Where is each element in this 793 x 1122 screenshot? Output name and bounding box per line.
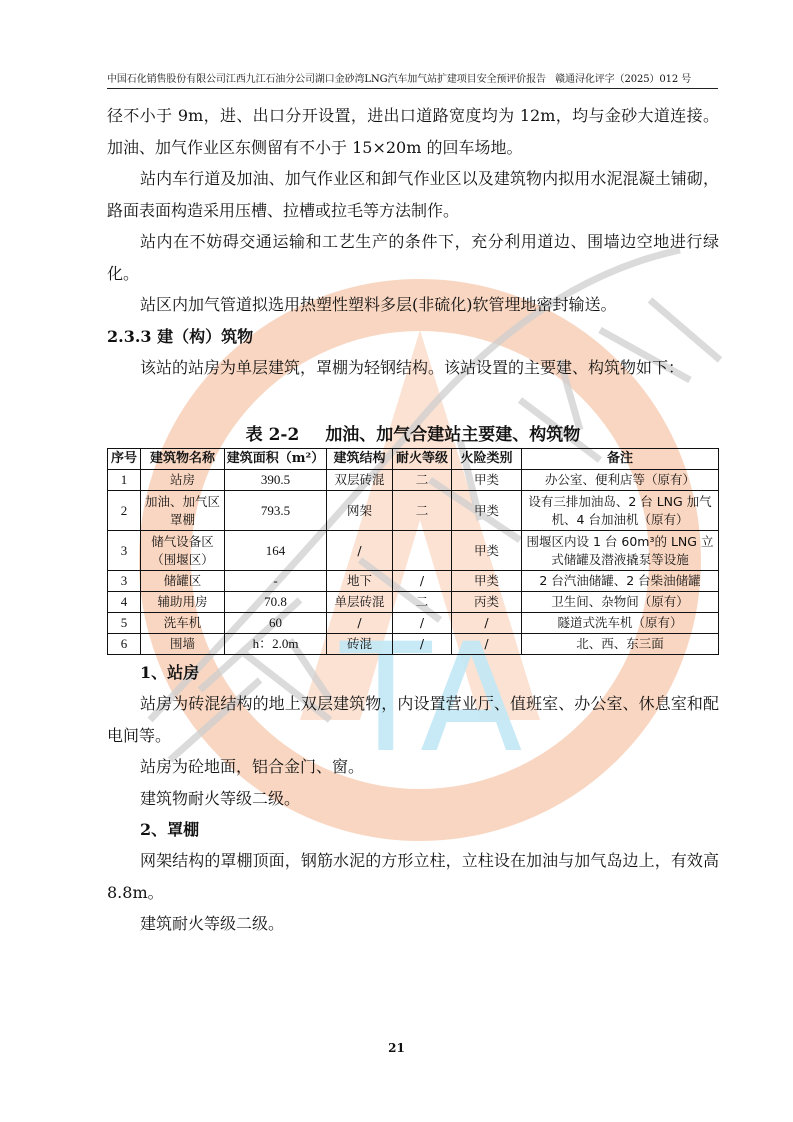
cell: /	[452, 634, 522, 655]
cell: 3	[108, 531, 141, 571]
paragraph: 站内在不妨碍交通运输和工艺生产的条件下，充分利用道边、围墙边空地进行绿化。	[107, 226, 719, 289]
page-number: 21	[0, 1041, 793, 1055]
cell: 地下	[327, 571, 393, 592]
paragraph: 站房为砖混结构的地上双层建筑物，内设置营业厅、值班室、办公室、休息室和配电间等。	[107, 688, 719, 751]
cell: 站房	[141, 470, 225, 491]
cell: /	[393, 571, 452, 592]
cell: -	[225, 571, 327, 592]
column-header: 耐火等级	[393, 449, 452, 470]
section-heading: 2.3.3 建（构）筑物	[107, 321, 719, 352]
subsection-heading-canopy: 2、罩棚	[107, 814, 719, 845]
table-row: 4 辅助用房 70.8 单层砖混 二 丙类 卫生间、杂物间（原有）	[108, 592, 719, 613]
cell: 办公室、便利店等（原有）	[522, 470, 719, 491]
cell: 双层砖混	[327, 470, 393, 491]
cell: 丙类	[452, 592, 522, 613]
paragraph: 网架结构的罩棚顶面，钢筋水泥的方形立柱，立柱设在加油与加气岛边上，有效高 8.8…	[107, 845, 719, 908]
paragraph: 建筑耐火等级二级。	[107, 908, 719, 940]
header-doc-number: 赣通浔化评字（2025）012 号	[555, 74, 691, 85]
cell: /	[327, 613, 393, 634]
header-divider	[107, 88, 718, 89]
paragraph: 建筑物耐火等级二级。	[107, 783, 719, 815]
cell: h：2.0m	[225, 634, 327, 655]
cell: 70.8	[225, 592, 327, 613]
cell: 设有三排加油岛、2 台 LNG 加气机、4 台加油机（原有）	[522, 491, 719, 531]
cell: 加油、加气区罩棚	[141, 491, 225, 531]
cell: 砖混	[327, 634, 393, 655]
cell: /	[327, 531, 393, 571]
cell: 4	[108, 592, 141, 613]
cell: 甲类	[452, 491, 522, 531]
cell: /	[452, 613, 522, 634]
table-row: 3 储气设备区（围堰区） 164 / 甲类 围堰区内设 1 台 60m³的 LN…	[108, 531, 719, 571]
table-row: 5 洗车机 60 / / / 隧道式洗车机（原有）	[108, 613, 719, 634]
cell: 164	[225, 531, 327, 571]
paragraph: 站内车行道及加油、加气作业区和卸气作业区以及建筑物内拟用水泥混凝土铺砌，路面表面…	[107, 163, 719, 226]
cell: 甲类	[452, 571, 522, 592]
buildings-table: 序号 建筑物名称 建筑面积（m²） 建筑结构 耐火等级 火险类别 备注 1 站房…	[107, 448, 719, 655]
column-header: 建筑物名称	[141, 449, 225, 470]
column-header: 建筑面积（m²）	[225, 449, 327, 470]
table-row: 2 加油、加气区罩棚 793.5 网架 二 甲类 设有三排加油岛、2 台 LNG…	[108, 491, 719, 531]
paragraph: 径不小于 9m，进、出口分开设置，进出口道路宽度均为 12m，均与金砂大道连接。…	[107, 100, 719, 163]
table-header-row: 序号 建筑物名称 建筑面积（m²） 建筑结构 耐火等级 火险类别 备注	[108, 449, 719, 470]
section-intro: 该站的站房为单层建筑，罩棚为轻钢结构。该站设置的主要建、构筑物如下：	[107, 352, 719, 384]
column-header: 备注	[522, 449, 719, 470]
cell: 网架	[327, 491, 393, 531]
table-caption: 表 2-2加油、加气合建站主要建、构筑物	[107, 420, 719, 445]
cell: 2 台汽油储罐、2 台柴油储罐	[522, 571, 719, 592]
cell: 隧道式洗车机（原有）	[522, 613, 719, 634]
cell: 单层砖混	[327, 592, 393, 613]
column-header: 序号	[108, 449, 141, 470]
running-header: 中国石化销售股份有限公司江西九江石油分公司湖口金砂湾LNG汽车加气站扩建项目安全…	[107, 70, 718, 85]
table-row: 1 站房 390.5 双层砖混 二 甲类 办公室、便利店等（原有）	[108, 470, 719, 491]
table-caption-number: 表 2-2	[246, 425, 300, 445]
cell: 辅助用房	[141, 592, 225, 613]
cell: 储气设备区（围堰区）	[141, 531, 225, 571]
cell: 围墙	[141, 634, 225, 655]
cell: 围堰区内设 1 台 60m³的 LNG 立式储罐及潜液撬泵等设施	[522, 531, 719, 571]
cell	[393, 531, 452, 571]
cell: 二	[393, 491, 452, 531]
cell: 二	[393, 592, 452, 613]
column-header: 火险类别	[452, 449, 522, 470]
table-row: 3 储罐区 - 地下 / 甲类 2 台汽油储罐、2 台柴油储罐	[108, 571, 719, 592]
document-page: TA 中国石化销售股份有限公司江西九江石油分公司湖口金砂湾LNG汽车加气站扩建项…	[0, 0, 793, 1122]
paragraph: 站房为砼地面，铝合金门、窗。	[107, 751, 719, 783]
body-text-bottom: 1、站房 站房为砖混结构的地上双层建筑物，内设置营业厅、值班室、办公室、休息室和…	[107, 657, 719, 940]
cell: 储罐区	[141, 571, 225, 592]
column-header: 建筑结构	[327, 449, 393, 470]
cell: 793.5	[225, 491, 327, 531]
cell: 卫生间、杂物间（原有）	[522, 592, 719, 613]
cell: 洗车机	[141, 613, 225, 634]
cell: 3	[108, 571, 141, 592]
table-caption-title: 加油、加气合建站主要建、构筑物	[325, 425, 580, 445]
body-text-top: 径不小于 9m，进、出口分开设置，进出口道路宽度均为 12m，均与金砂大道连接。…	[107, 100, 719, 383]
cell: 1	[108, 470, 141, 491]
cell: 6	[108, 634, 141, 655]
subsection-heading-station-house: 1、站房	[107, 657, 719, 688]
cell: 二	[393, 470, 452, 491]
header-title: 中国石化销售股份有限公司江西九江石油分公司湖口金砂湾LNG汽车加气站扩建项目安全…	[107, 74, 546, 85]
cell: 2	[108, 491, 141, 531]
cell: 390.5	[225, 470, 327, 491]
paragraph: 站区内加气管道拟选用热塑性塑料多层(非硫化)软管埋地密封输送。	[107, 289, 719, 321]
cell: 甲类	[452, 470, 522, 491]
cell: 5	[108, 613, 141, 634]
cell: 北、西、东三面	[522, 634, 719, 655]
cell: 60	[225, 613, 327, 634]
cell: /	[393, 613, 452, 634]
table-row: 6 围墙 h：2.0m 砖混 / / 北、西、东三面	[108, 634, 719, 655]
cell: /	[393, 634, 452, 655]
cell: 甲类	[452, 531, 522, 571]
